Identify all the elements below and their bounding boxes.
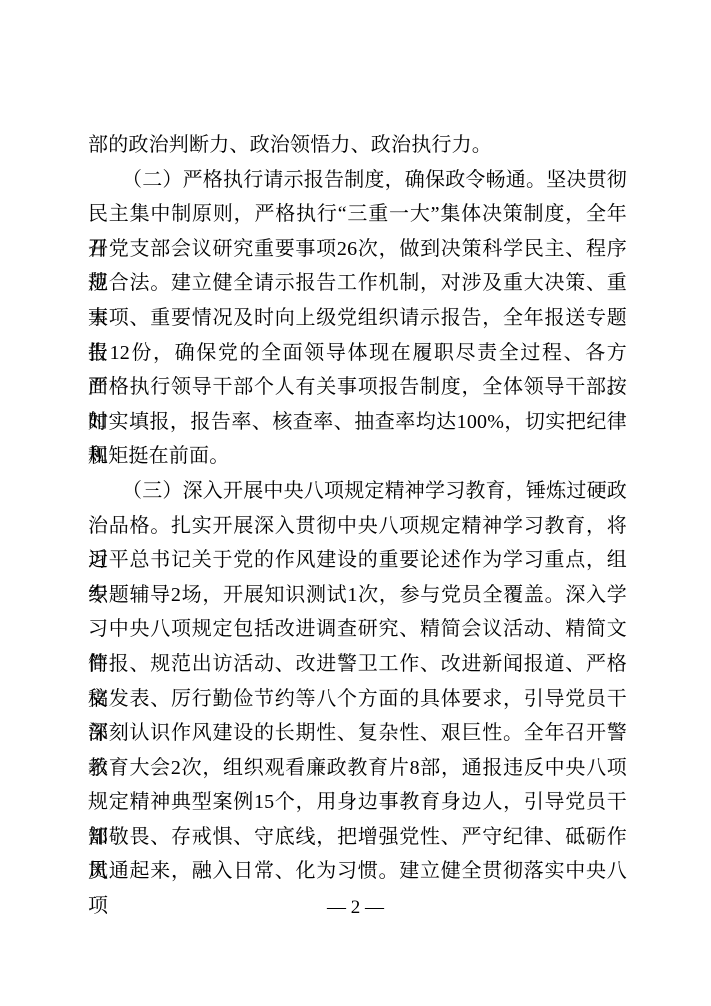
text-line: 知敬畏、存戒惧、守底线，把增强党性、严守纪律、砥砺作风 [88, 820, 627, 855]
text-line: 告12份，确保党的全面领导体现在履职尽责全过程、各方面。 [88, 336, 627, 371]
text-line: 事项、重要情况及时向上级党组织请示报告，全年报送专题报 [88, 301, 627, 336]
page-number: — 2 — [0, 896, 711, 920]
text-line: 贯通起来，融入日常、化为习惯。建立健全贯彻落实中央八项 [88, 854, 627, 889]
text-line: 规矩挺在前面。 [88, 439, 627, 474]
text-line: （二）严格执行请示报告制度，确保政令畅通。坚决贯彻 [88, 163, 627, 198]
text-line: 严格执行领导干部个人有关事项报告制度，全体领导干部按时 [88, 370, 627, 405]
text-line: 部的政治判断力、政治领悟力、政治执行力。 [88, 128, 627, 163]
text-line: 简报、规范出访活动、改进警卫工作、改进新闻报道、严格文 [88, 647, 627, 682]
text-block: 部的政治判断力、政治领悟力、政治执行力。 （二）严格执行请示报告制度，确保政令畅… [88, 128, 627, 889]
text-line: 稿发表、厉行勤俭节约等八个方面的具体要求，引导党员干部 [88, 682, 627, 717]
text-line: 如实填报，报告率、核查率、抽查率均达100%，切实把纪律和 [88, 405, 627, 440]
text-line: 开党支部会议研究重要事项26次，做到决策科学民主、程序规 [88, 232, 627, 267]
text-line: （三）深入开展中央八项规定精神学习教育，锤炼过硬政 [88, 474, 627, 509]
text-line: 教育大会2次，组织观看廉政教育片8部，通报违反中央八项 [88, 751, 627, 786]
text-line: 习中央八项规定包括改进调查研究、精简会议活动、精简文件 [88, 612, 627, 647]
text-line: 规定精神典型案例15个，用身边事教育身边人，引导党员干部 [88, 785, 627, 820]
document-page: 部的政治判断力、政治领悟力、政治执行力。 （二）严格执行请示报告制度，确保政令畅… [0, 0, 711, 1006]
text-line: 近平总书记关于党的作风建设的重要论述作为学习重点，组织 [88, 543, 627, 578]
text-line: 民主集中制原则，严格执行“三重一大”集体决策制度，全年召 [88, 197, 627, 232]
text-line: 治品格。扎实开展深入贯彻中央八项规定精神学习教育，将习 [88, 509, 627, 544]
text-line: 专题辅导2场，开展知识测试1次，参与党员全覆盖。深入学 [88, 578, 627, 613]
text-line: 深刻认识作风建设的长期性、复杂性、艰巨性。全年召开警示 [88, 716, 627, 751]
text-line: 范合法。建立健全请示报告工作机制，对涉及重大决策、重大 [88, 266, 627, 301]
